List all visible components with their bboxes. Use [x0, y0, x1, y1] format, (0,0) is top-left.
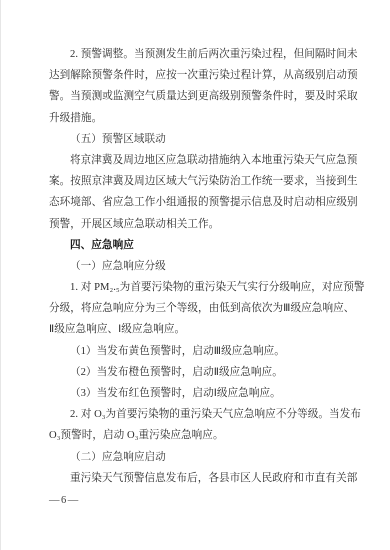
list-item-line: （3）当发布红色预警时，启动Ⅰ级应急响应。 [49, 383, 348, 404]
subsection-heading: （二）应急响应启动 [49, 447, 348, 468]
paragraph-line: 将京津冀及周边地区应急联动措施纳入本地重污染天气应急预 [49, 150, 348, 171]
paragraph-line: 升级措施。 [49, 108, 348, 129]
document-body: 2. 预警调整。当预测发生前后两次重污染过程，但间隔时间未 达到解除预警条件时，… [49, 44, 348, 489]
paragraph-line: 态环境部、省应急工作小组通报的预警提示信息及时启动相应级别 [49, 192, 348, 213]
paragraph-line: 案。按照京津冀及周边区域大气污染防治工作统一要求，当接到生 [49, 171, 348, 192]
subsection-heading: （一）应急响应分级 [49, 256, 348, 277]
paragraph-line: 重污染天气预警信息发布后，各县市区人民政府和市直有关部 [49, 468, 348, 489]
paragraph-line: 达到解除预警条件时，应按一次重污染过程计算，从高级别启动预 [49, 65, 348, 86]
paragraph-line: 分级，将应急响应分为三个等级，由低到高依次为Ⅲ级应急响应、 [49, 298, 348, 319]
section-heading: 四、应急响应 [49, 235, 348, 256]
paragraph-line: 2. 预警调整。当预测发生前后两次重污染过程，但间隔时间未 [49, 44, 348, 65]
page-number: —6— [49, 493, 80, 508]
paragraph-line: Ⅱ级应急响应、Ⅰ级应急响应。 [49, 319, 348, 340]
paragraph-line: O₃预警时，启动 O₃重污染应急响应。 [49, 425, 348, 446]
list-item-line: （1）当发布黄色预警时，启动Ⅲ级应急响应。 [49, 341, 348, 362]
document-page: 2. 预警调整。当预测发生前后两次重污染过程，但间隔时间未 达到解除预警条件时，… [0, 0, 390, 550]
subsection-heading: （五）预警区域联动 [49, 129, 348, 150]
paragraph-line: 警。当预测或监测空气质量达到更高级别预警条件时，要及时采取 [49, 86, 348, 107]
paragraph-line: 1. 对 PM₂.₅为首要污染物的重污染天气实行分级响应，对应预警 [49, 277, 348, 298]
paragraph-line: 预警，开展区域应急联动相关工作。 [49, 214, 348, 235]
paragraph-line: 2. 对 O₃为首要污染物的重污染天气应急响应不分等级。当发布 [49, 404, 348, 425]
list-item-line: （2）当发布橙色预警时，启动Ⅱ级应急响应。 [49, 362, 348, 383]
